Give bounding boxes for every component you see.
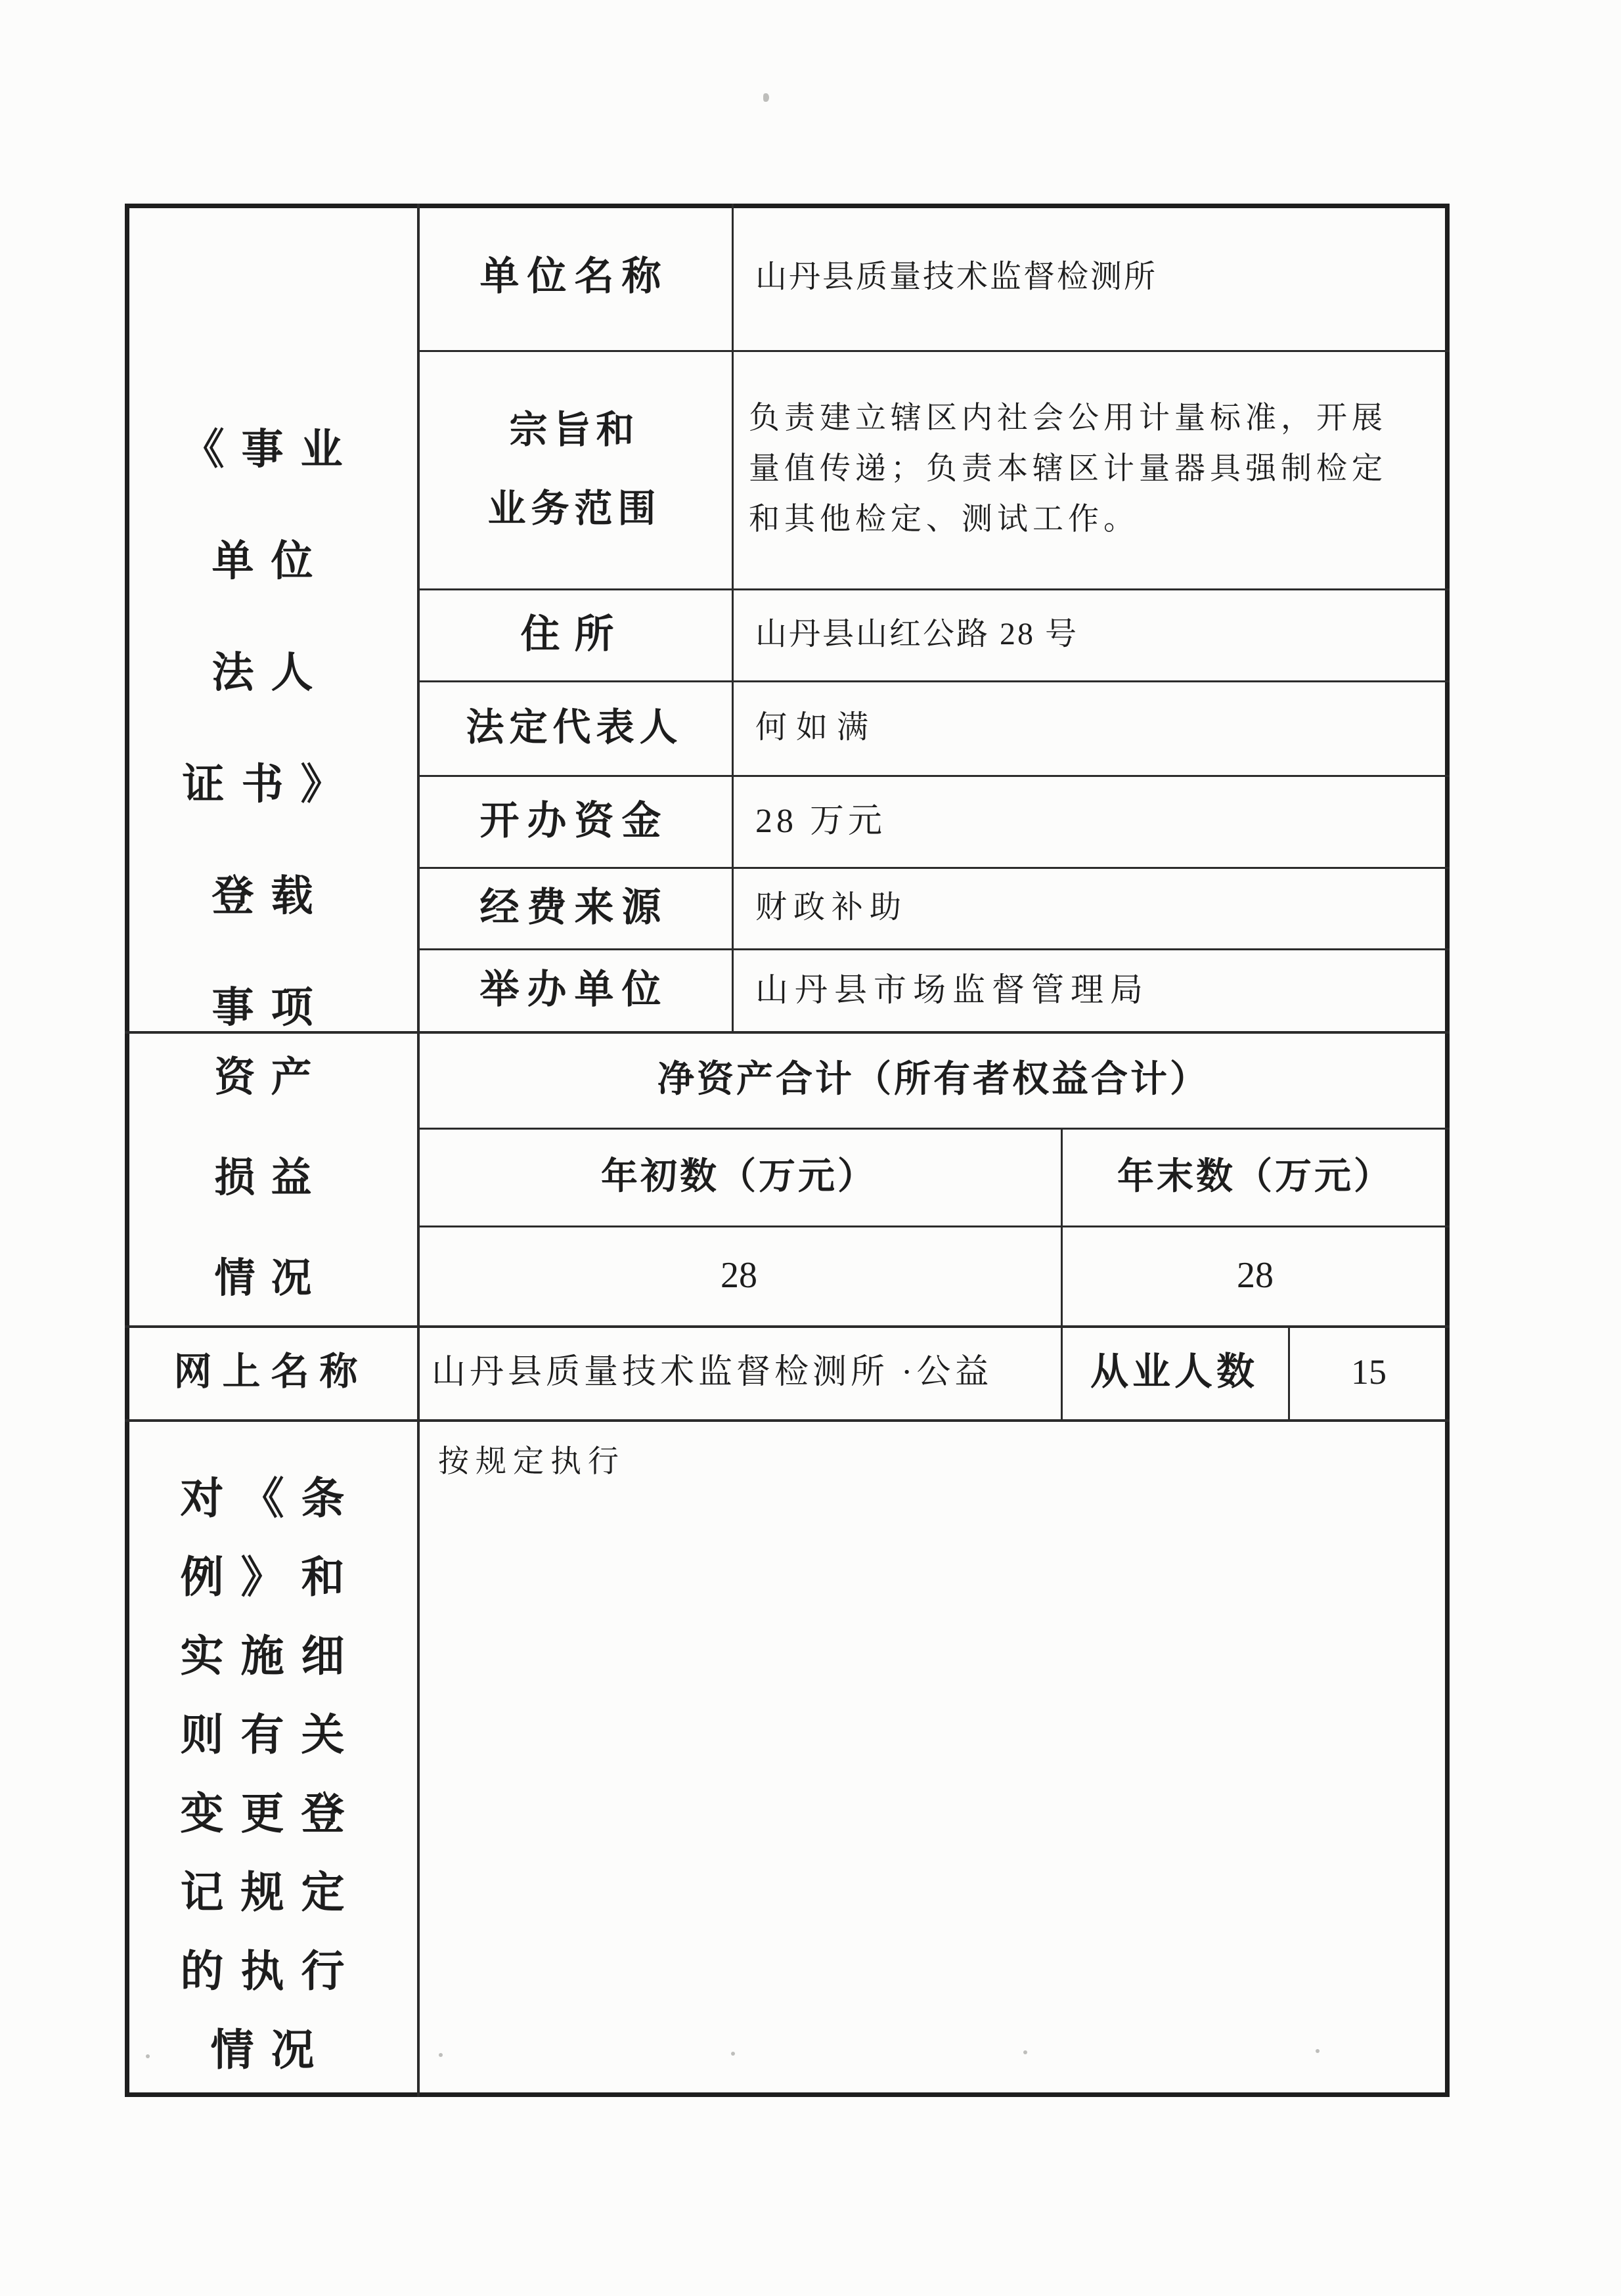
year-end-value: 28 (1237, 1252, 1274, 1298)
purpose-value-cell: 负责建立辖区内社会公用计量标准，开展 量值传递；负责本辖区计量器具强制检定 和其… (732, 350, 1450, 588)
scan-speck (439, 2053, 443, 2057)
unit-name-value: 山丹县质量技术监督检测所 (755, 257, 1157, 297)
year-end-value-cell: 28 (1061, 1225, 1450, 1325)
address-label-cell: 住所 (417, 588, 732, 680)
purpose-label-line: 业务范围 (487, 470, 661, 548)
compliance-side-label-line: 记规定 (181, 1854, 362, 1933)
compliance-side-label-line: 的执行 (181, 1933, 362, 2012)
address-label: 住所 (521, 610, 629, 659)
year-end-header-cell: 年末数（万元） (1061, 1128, 1450, 1225)
capital-label: 开办资金 (480, 797, 669, 846)
address-value-cell: 山丹县山红公路 28 号 (732, 588, 1450, 680)
organizer-label-cell: 举办单位 (417, 948, 732, 1031)
net-assets-header: 净资产合计（所有者权益合计） (657, 1057, 1209, 1103)
scan-speck (1316, 2049, 1320, 2053)
legal-rep-label-cell: 法定代表人 (417, 680, 732, 775)
staff-count-value: 15 (1351, 1350, 1387, 1395)
scan-speck (146, 2054, 150, 2058)
capital-value: 28 万元 (755, 800, 886, 843)
online-name-value-cell: 山丹县质量技术监督检测所 ·公益 (417, 1325, 1061, 1419)
compliance-section-side-label: 对《条 例》和 实施细 则有关 变更登 记规定 的执行 情况 (125, 1419, 417, 2097)
staff-count-value-cell: 15 (1288, 1325, 1450, 1419)
legal-rep-label: 法定代表人 (466, 704, 682, 752)
scan-speck (763, 93, 769, 102)
compliance-side-label-line: 例》和 (181, 1539, 362, 1618)
assets-side-label-line: 资产 (214, 1028, 327, 1128)
assets-section-side-label: 资产 损益 情况 (125, 1031, 417, 1325)
year-begin-header-cell: 年初数（万元） (417, 1128, 1061, 1225)
purpose-value-line: 和其他检定、测试工作。 (749, 495, 1139, 545)
year-begin-header: 年初数（万元） (601, 1154, 877, 1200)
purpose-label-line: 宗旨和 (509, 391, 639, 470)
cert-side-label-line: 单位 (212, 506, 330, 617)
year-begin-value-cell: 28 (417, 1225, 1061, 1325)
year-end-header: 年末数（万元） (1117, 1154, 1393, 1200)
compliance-value-cell: 按规定执行 (417, 1419, 1450, 2097)
legal-rep-value: 何如满 (755, 708, 877, 747)
assets-side-label-line: 损益 (214, 1128, 327, 1229)
organizer-label: 举办单位 (480, 965, 669, 1015)
purpose-label-cell: 宗旨和 业务范围 (417, 350, 732, 588)
scan-speck (731, 2052, 735, 2056)
compliance-side-label-line: 情况 (211, 2012, 332, 2090)
assets-side-label-line: 情况 (214, 1229, 327, 1329)
scanned-registration-form-page: 《事业 单位 法人 证书》 登载 事项 单位名称 山丹县质量技术监督检测所 宗旨… (0, 0, 1621, 2296)
staff-count-label: 从业人数 (1090, 1348, 1258, 1396)
compliance-side-label-line: 对《条 (181, 1460, 362, 1539)
capital-value-cell: 28 万元 (732, 775, 1450, 867)
legal-rep-value-cell: 何如满 (732, 680, 1450, 775)
cert-side-label-line: 证书》 (183, 729, 360, 841)
funding-value: 财政补助 (755, 888, 908, 927)
staff-count-label-cell: 从业人数 (1061, 1325, 1288, 1419)
funding-value-cell: 财政补助 (732, 867, 1450, 948)
compliance-side-label-line: 变更登 (181, 1775, 362, 1854)
year-begin-value: 28 (721, 1252, 757, 1298)
address-value: 山丹县山红公路 28 号 (755, 615, 1078, 654)
unit-name-value-cell: 山丹县质量技术监督检测所 (732, 204, 1450, 350)
compliance-side-label-line: 实施细 (181, 1618, 362, 1696)
organizer-value-cell: 山丹县市场监督管理局 (732, 948, 1450, 1031)
purpose-value-line: 量值传递；负责本辖区计量器具强制检定 (749, 444, 1387, 495)
cert-side-label-line: 法人 (212, 617, 330, 729)
online-name-label-cell: 网上名称 (125, 1325, 417, 1419)
cert-side-label-line: 《事业 (183, 394, 360, 506)
purpose-value-line: 负责建立辖区内社会公用计量标准，开展 (749, 393, 1387, 444)
net-assets-header-cell: 净资产合计（所有者权益合计） (417, 1031, 1450, 1128)
scan-speck (1023, 2050, 1027, 2054)
online-name-label: 网上名称 (173, 1348, 368, 1396)
unit-name-label-cell: 单位名称 (417, 204, 732, 350)
compliance-side-label-line: 则有关 (181, 1696, 362, 1775)
unit-name-label: 单位名称 (480, 252, 669, 301)
cert-section-side-label: 《事业 单位 法人 证书》 登载 事项 (125, 204, 417, 1031)
cert-side-label-line: 登载 (212, 841, 330, 952)
capital-label-cell: 开办资金 (417, 775, 732, 867)
compliance-value: 按规定执行 (438, 1443, 625, 1482)
organizer-value: 山丹县市场监督管理局 (755, 969, 1149, 1011)
funding-label-cell: 经费来源 (417, 867, 732, 948)
funding-label: 经费来源 (480, 883, 669, 933)
online-name-value: 山丹县质量技术监督检测所 ·公益 (432, 1351, 992, 1394)
